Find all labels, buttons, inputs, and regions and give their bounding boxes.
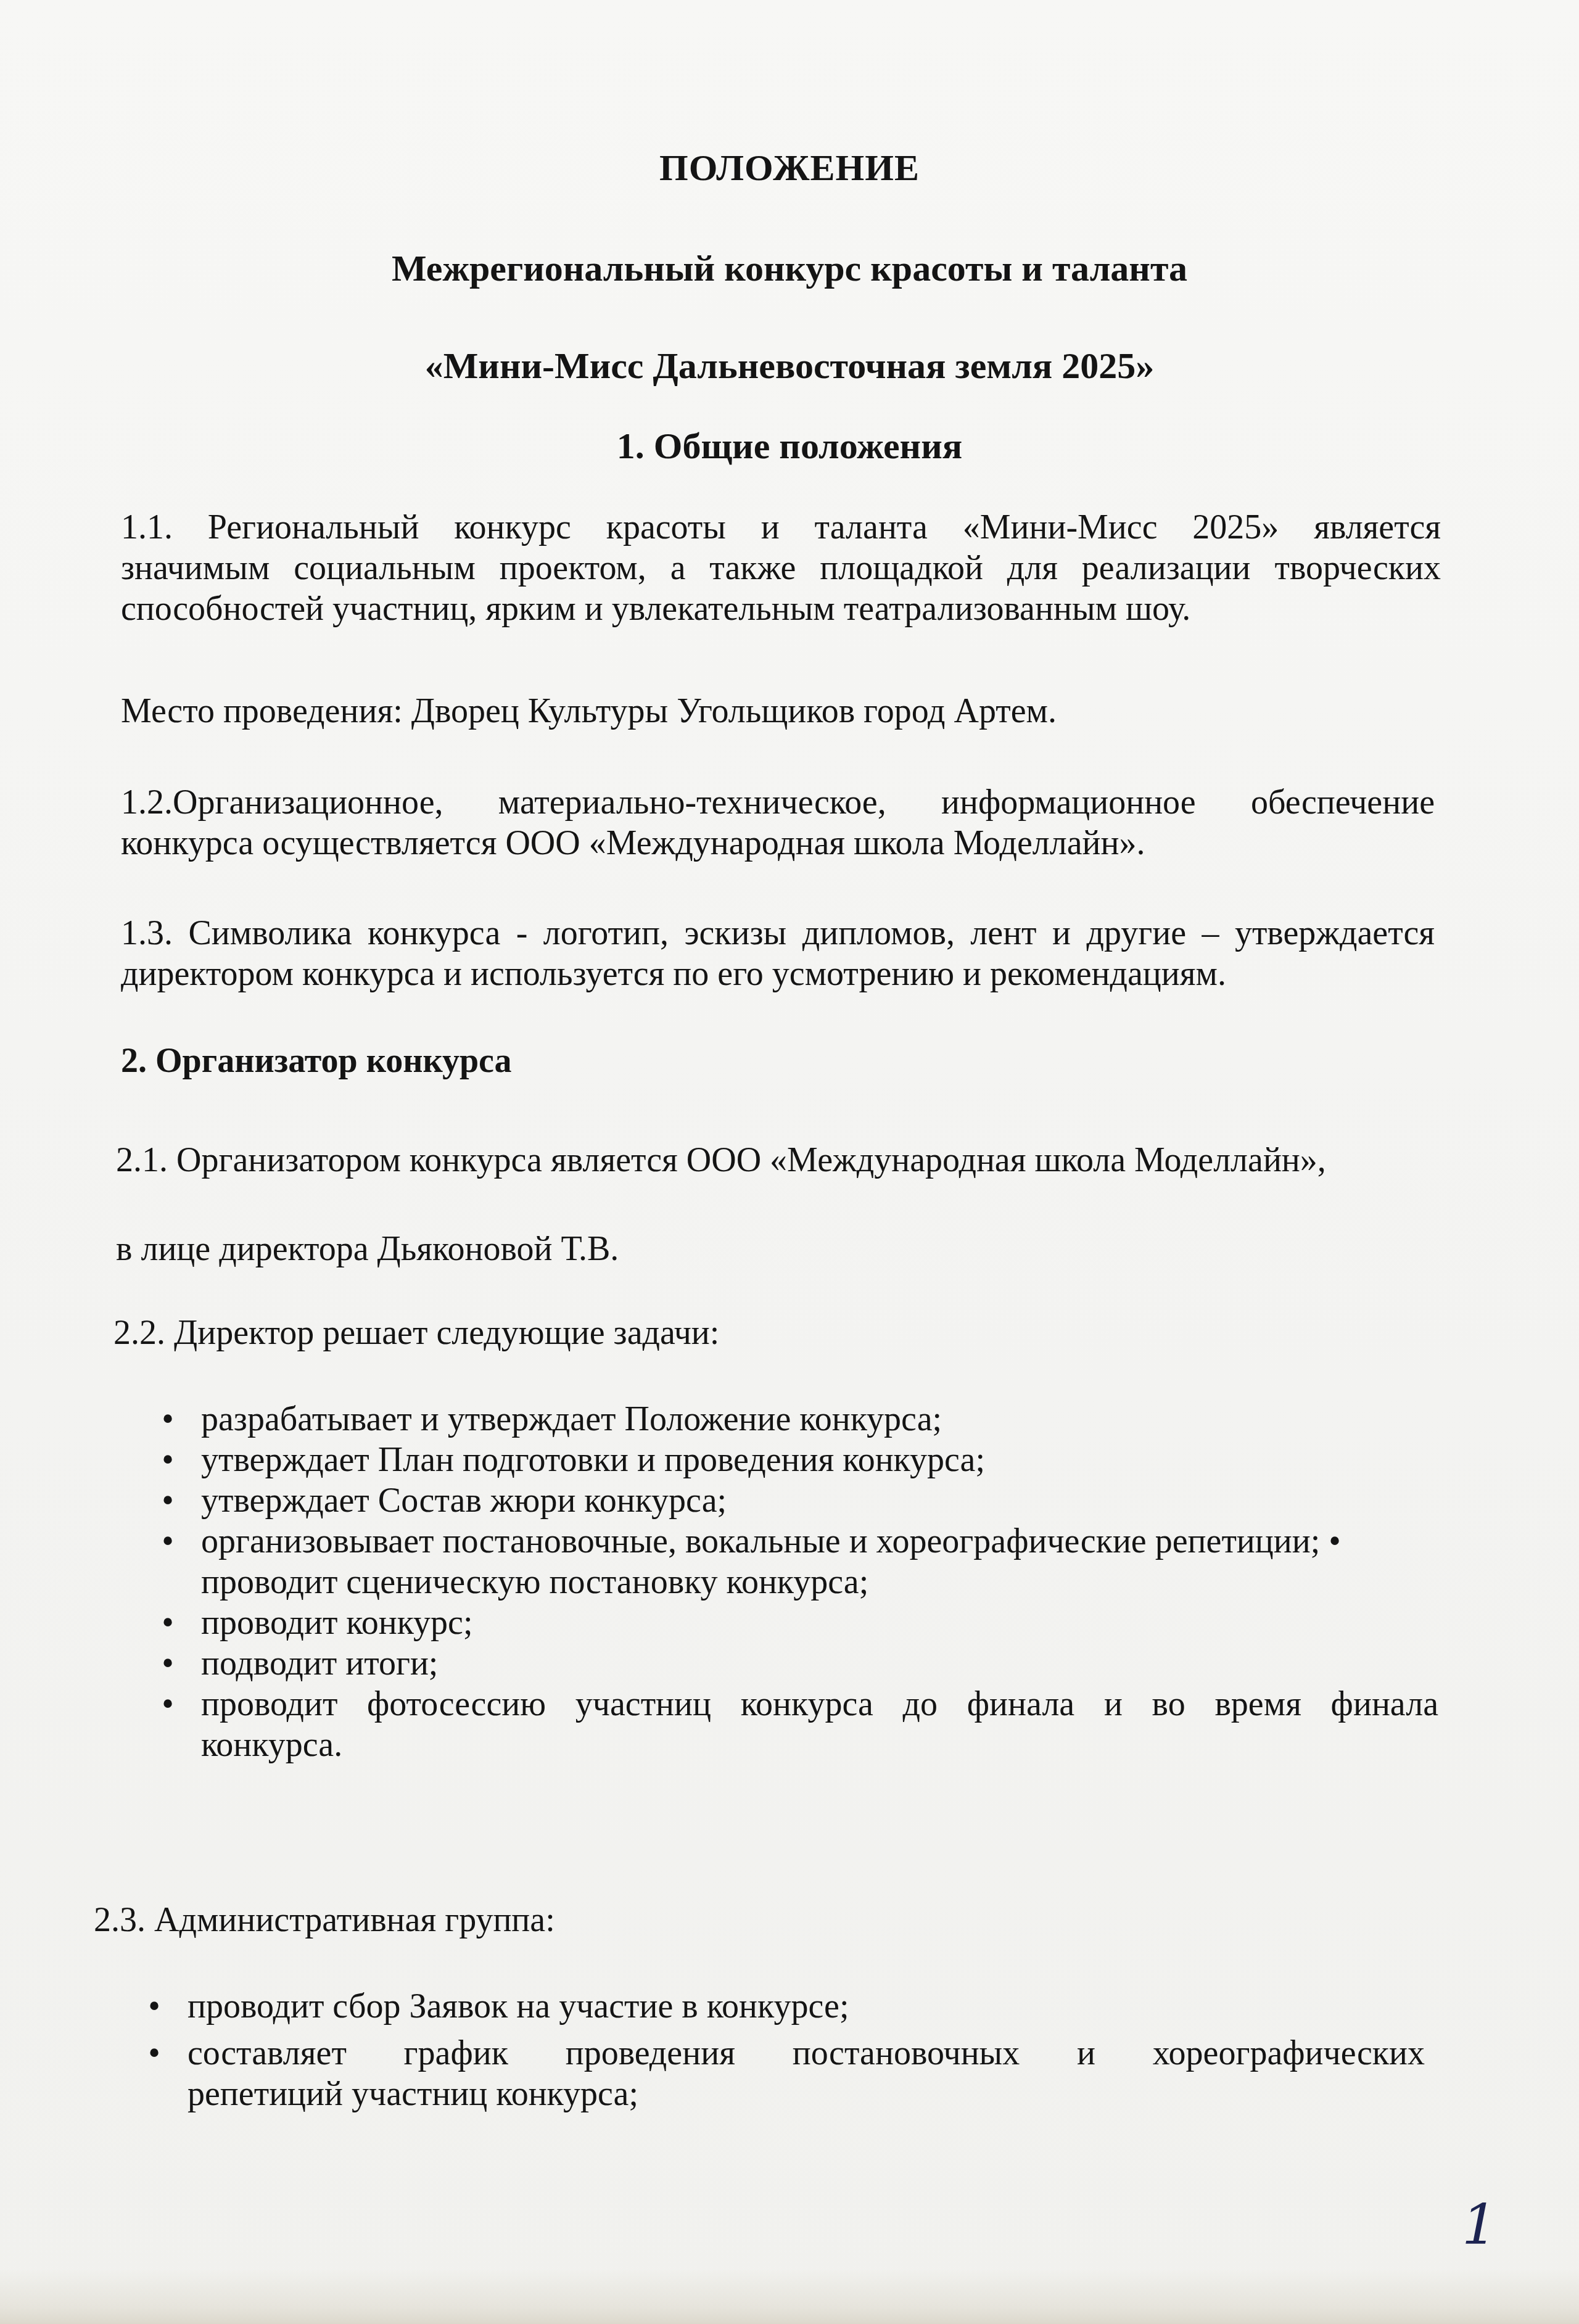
paragraph-line: способностей участниц, ярким и увлекател…: [121, 588, 1441, 629]
paragraph-line: 1.1. Региональный конкурс красоты и тала…: [121, 507, 1441, 548]
director-tasks-list: •разрабатывает и утверждает Положение ко…: [155, 1399, 1438, 1765]
bullet-icon: •: [155, 1521, 180, 1562]
paragraph-line: в лице директора Дьяконовой Т.В.: [116, 1229, 1436, 1269]
list-item: •утверждает Состав жюри конкурса;: [155, 1480, 1438, 1521]
bullet-icon: •: [155, 1399, 180, 1440]
document-title: ПОЛОЖЕНИЕ: [0, 149, 1579, 186]
handwritten-page-number: 1: [1462, 2193, 1497, 2257]
section-2-heading: 2. Организатор конкурса: [121, 1041, 512, 1081]
list-item: •проводит конкурс;: [155, 1602, 1438, 1643]
paragraph-line: значимым социальным проектом, а также пл…: [121, 548, 1441, 588]
list-item-continuation: проводит сценическую постановку конкурса…: [155, 1562, 1438, 1602]
paragraph-line: директором конкурса и используется по ег…: [121, 954, 1435, 994]
list-item: •подводит итоги;: [155, 1643, 1438, 1684]
venue-line: Место проведения: Дворец Культуры Угольщ…: [121, 691, 1441, 731]
bullet-icon: •: [155, 1684, 180, 1724]
document-subtitle: Межрегиональный конкурс красоты и талант…: [0, 250, 1579, 287]
paragraph-1-2: 1.2.Организационное, материально-техниче…: [121, 782, 1435, 863]
admin-tasks-list: •проводит сбор Заявок на участие в конку…: [142, 1986, 1425, 2114]
paragraph-2-1: 2.1. Организатором конкурса является ООО…: [116, 1140, 1436, 1181]
list-item: •утверждает План подготовки и проведения…: [155, 1440, 1438, 1480]
bullet-icon: •: [155, 1480, 180, 1521]
list-item-continuation: конкурса.: [155, 1724, 1438, 1765]
paragraph-line: 1.2.Организационное, материально-техниче…: [121, 782, 1435, 823]
paragraph-2-3: 2.3. Административная группа:: [94, 1900, 1414, 1940]
list-item: •организовывает постановочные, вокальные…: [155, 1521, 1438, 1562]
bullet-icon: •: [155, 1440, 180, 1480]
paragraph-1-3: 1.3. Символика конкурса - логотип, эскиз…: [121, 913, 1435, 994]
section-1-heading: 1. Общие положения: [0, 427, 1579, 464]
paragraph-2-1-continued: в лице директора Дьяконовой Т.В.: [116, 1229, 1436, 1269]
paragraph-line: 1.3. Символика конкурса - логотип, эскиз…: [121, 913, 1435, 954]
paragraph-1-1: 1.1. Региональный конкурс красоты и тала…: [121, 507, 1441, 629]
paragraph-line: конкурса осуществляется ООО «Международн…: [121, 823, 1435, 863]
paragraph-line: 2.2. Директор решает следующие задачи:: [113, 1312, 1433, 1353]
list-item: •составляет график проведения постановоч…: [142, 2033, 1425, 2074]
list-item: •проводит фотосессию участниц конкурса д…: [155, 1684, 1438, 1724]
paragraph-line: 2.3. Административная группа:: [94, 1900, 1414, 1940]
list-item: •проводит сбор Заявок на участие в конку…: [142, 1986, 1425, 2027]
bullet-icon: •: [142, 2033, 167, 2074]
bullet-icon: •: [155, 1602, 180, 1643]
contest-name: «Мини-Мисс Дальневосточная земля 2025»: [0, 347, 1579, 384]
bullet-icon: •: [142, 1986, 167, 2027]
paragraph-line: 2.1. Организатором конкурса является ООО…: [116, 1140, 1436, 1181]
document-page: ПОЛОЖЕНИЕ Межрегиональный конкурс красот…: [0, 0, 1579, 2324]
paragraph-2-2: 2.2. Директор решает следующие задачи:: [113, 1312, 1433, 1353]
bullet-icon: •: [155, 1643, 180, 1684]
list-item-continuation: репетиций участниц конкурса;: [142, 2074, 1425, 2114]
list-item: •разрабатывает и утверждает Положение ко…: [155, 1399, 1438, 1440]
paper-bottom-edge: [0, 2268, 1579, 2324]
venue-text: Место проведения: Дворец Культуры Угольщ…: [121, 691, 1441, 731]
